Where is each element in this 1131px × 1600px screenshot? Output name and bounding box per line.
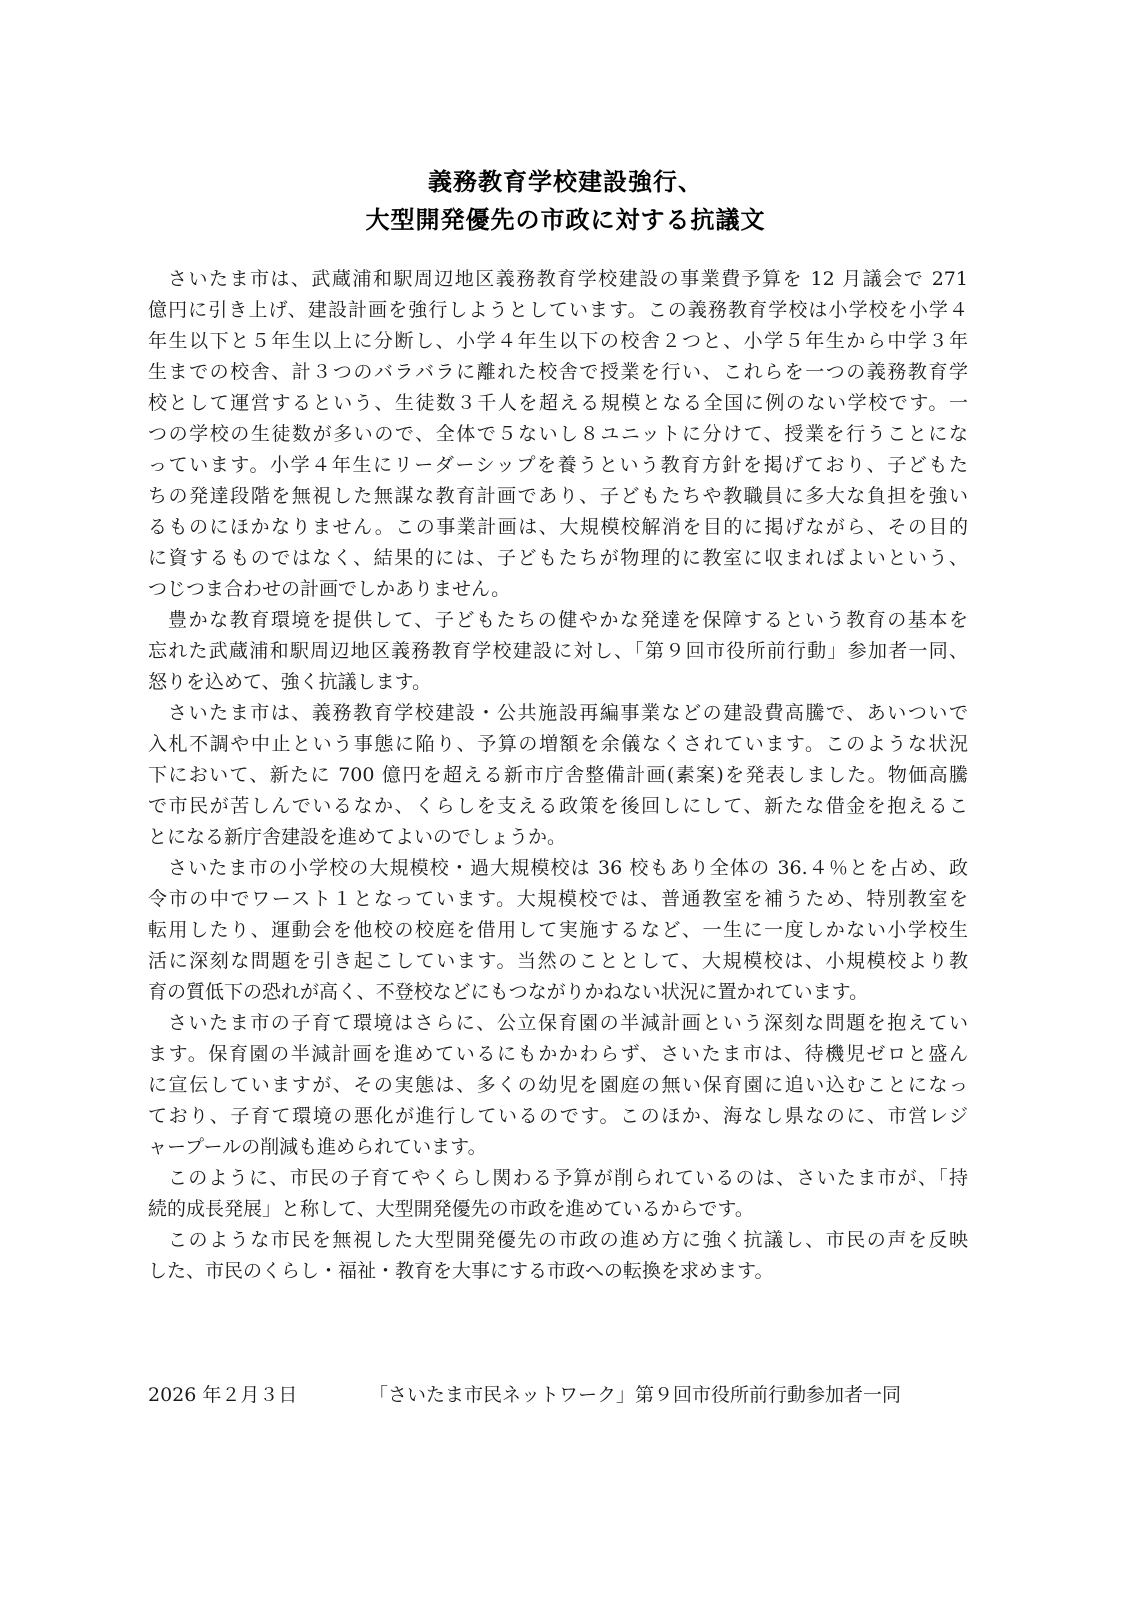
paragraph-7-line: した、市民のくらし・福祉・教育を大事にする市政への転換を求めます。 — [148, 1256, 968, 1287]
document-body: さいたま市は、武蔵浦和駅周辺地区義務教育学校建設の事業費予算を 12 月議会で … — [148, 264, 968, 1287]
paragraph-3-line: とになる新庁舎建設を進めてよいのでしょうか。 — [148, 822, 968, 853]
paragraph-2-line: 怒りを込めて、強く抗議します。 — [148, 667, 968, 698]
paragraph-4-line: 活に深刻な問題を引き起こしています。当然のこととして、大規模校は、小規模校より教 — [148, 946, 968, 977]
paragraph-1-line: っています。小学４年生にリーダーシップを養うという教育方針を掲げており、子どもた — [148, 450, 968, 481]
paragraph-5-line: さいたま市の子育て環境はさらに、公立保育園の半減計画という深刻な問題を抱えてい — [148, 1008, 968, 1039]
document-signature: 「さいたま市民ネットワーク」第９回市役所前行動参加者一同 — [369, 1380, 901, 1411]
paragraph-1-line: るものにほかなりません。この事業計画は、大規模校解消を目的に掲げながら、その目的 — [148, 512, 968, 543]
paragraph-1-line: さいたま市は、武蔵浦和駅周辺地区義務教育学校建設の事業費予算を 12 月議会で … — [148, 264, 968, 295]
document-page: 義務教育学校建設強行、 大型開発優先の市政に対する抗議文 さいたま市は、武蔵浦和… — [0, 0, 1131, 1600]
paragraph-7-line: このような市民を無視した大型開発優先の市政の進め方に強く抗議し、市民の声を反映 — [148, 1225, 968, 1256]
paragraph-1-line: 校として運営するという、生徒数３千人を超える規模となる全国に例のない学校です。一 — [148, 388, 968, 419]
paragraph-1-line: ちの発達段階を無視した無謀な教育計画であり、子どもたちや教職員に多大な負担を強い — [148, 481, 968, 512]
paragraph-3-line: 下において、新たに 700 億円を超える新市庁舎整備計画(素案)を発表しました。… — [148, 760, 968, 791]
title-line-2: 大型開発優先の市政に対する抗議文 — [0, 201, 1131, 239]
paragraph-1-line: 億円に引き上げ、建設計画を強行しようとしています。この義務教育学校は小学校を小学… — [148, 295, 968, 326]
title-line-1: 義務教育学校建設強行、 — [0, 163, 1131, 201]
paragraph-2-line: 忘れた武蔵浦和駅周辺地区義務教育学校建設に対し、「第９回市役所前行動」参加者一同… — [148, 636, 968, 667]
paragraph-4-line: 令市の中でワースト１となっています。大規模校では、普通教室を補うため、特別教室を — [148, 884, 968, 915]
paragraph-4-line: 転用したり、運動会を他校の校庭を借用して実施するなど、一生に一度しかない小学校生 — [148, 915, 968, 946]
document-date: 2026 年２月３日 — [148, 1380, 297, 1411]
paragraph-3-line: さいたま市は、義務教育学校建設・公共施設再編事業などの建設費高騰で、あいついで — [148, 698, 968, 729]
paragraph-1-line: つじつま合わせの計画でしかありません。 — [148, 574, 968, 605]
paragraph-5-line: に宣伝していますが、その実態は、多くの幼児を園庭の無い保育園に追い込むことになっ — [148, 1070, 968, 1101]
paragraph-5-line: ます。保育園の半減計画を進めているにもかかわらず、さいたま市は、待機児ゼロと盛ん — [148, 1039, 968, 1070]
paragraph-1-line: 年生以下と５年生以上に分断し、小学４年生以下の校舎２つと、小学５年生から中学３年 — [148, 326, 968, 357]
paragraph-1-line: に資するものではなく、結果的には、子どもたちが物理的に教室に収まればよいという、 — [148, 543, 968, 574]
paragraph-5-line: ャープールの削減も進められています。 — [148, 1132, 968, 1163]
paragraph-6-line: このように、市民の子育てやくらし関わる予算が削られているのは、さいたま市が、「持 — [148, 1163, 968, 1194]
paragraph-2-line: 豊かな教育環境を提供して、子どもたちの健やかな発達を保障するという教育の基本を — [148, 605, 968, 636]
paragraph-1-line: 生までの校舎、計３つのバラバラに離れた校舎で授業を行い、これらを一つの義務教育学 — [148, 357, 968, 388]
paragraph-1-line: つの学校の生徒数が多いので、全体で５ないし８ユニットに分けて、授業を行うことにな — [148, 419, 968, 450]
paragraph-5-line: ており、子育て環境の悪化が進行しているのです。このほか、海なし県なのに、市営レジ — [148, 1101, 968, 1132]
paragraph-4-line: 育の質低下の恐れが高く、不登校などにもつながりかねない状況に置かれています。 — [148, 977, 968, 1008]
paragraph-3-line: 入札不調や中止という事態に陥り、予算の増額を余儀なくされています。このような状況 — [148, 729, 968, 760]
paragraph-6-line: 続的成長発展」と称して、大型開発優先の市政を進めているからです。 — [148, 1194, 968, 1225]
paragraph-4-line: さいたま市の小学校の大規模校・過大規模校は 36 校もあり全体の 36.４％とを… — [148, 853, 968, 884]
document-title: 義務教育学校建設強行、 大型開発優先の市政に対する抗議文 — [0, 163, 1131, 239]
paragraph-3-line: で市民が苦しんでいるなか、くらしを支える政策を後回しにして、新たな借金を抱えるこ — [148, 791, 968, 822]
